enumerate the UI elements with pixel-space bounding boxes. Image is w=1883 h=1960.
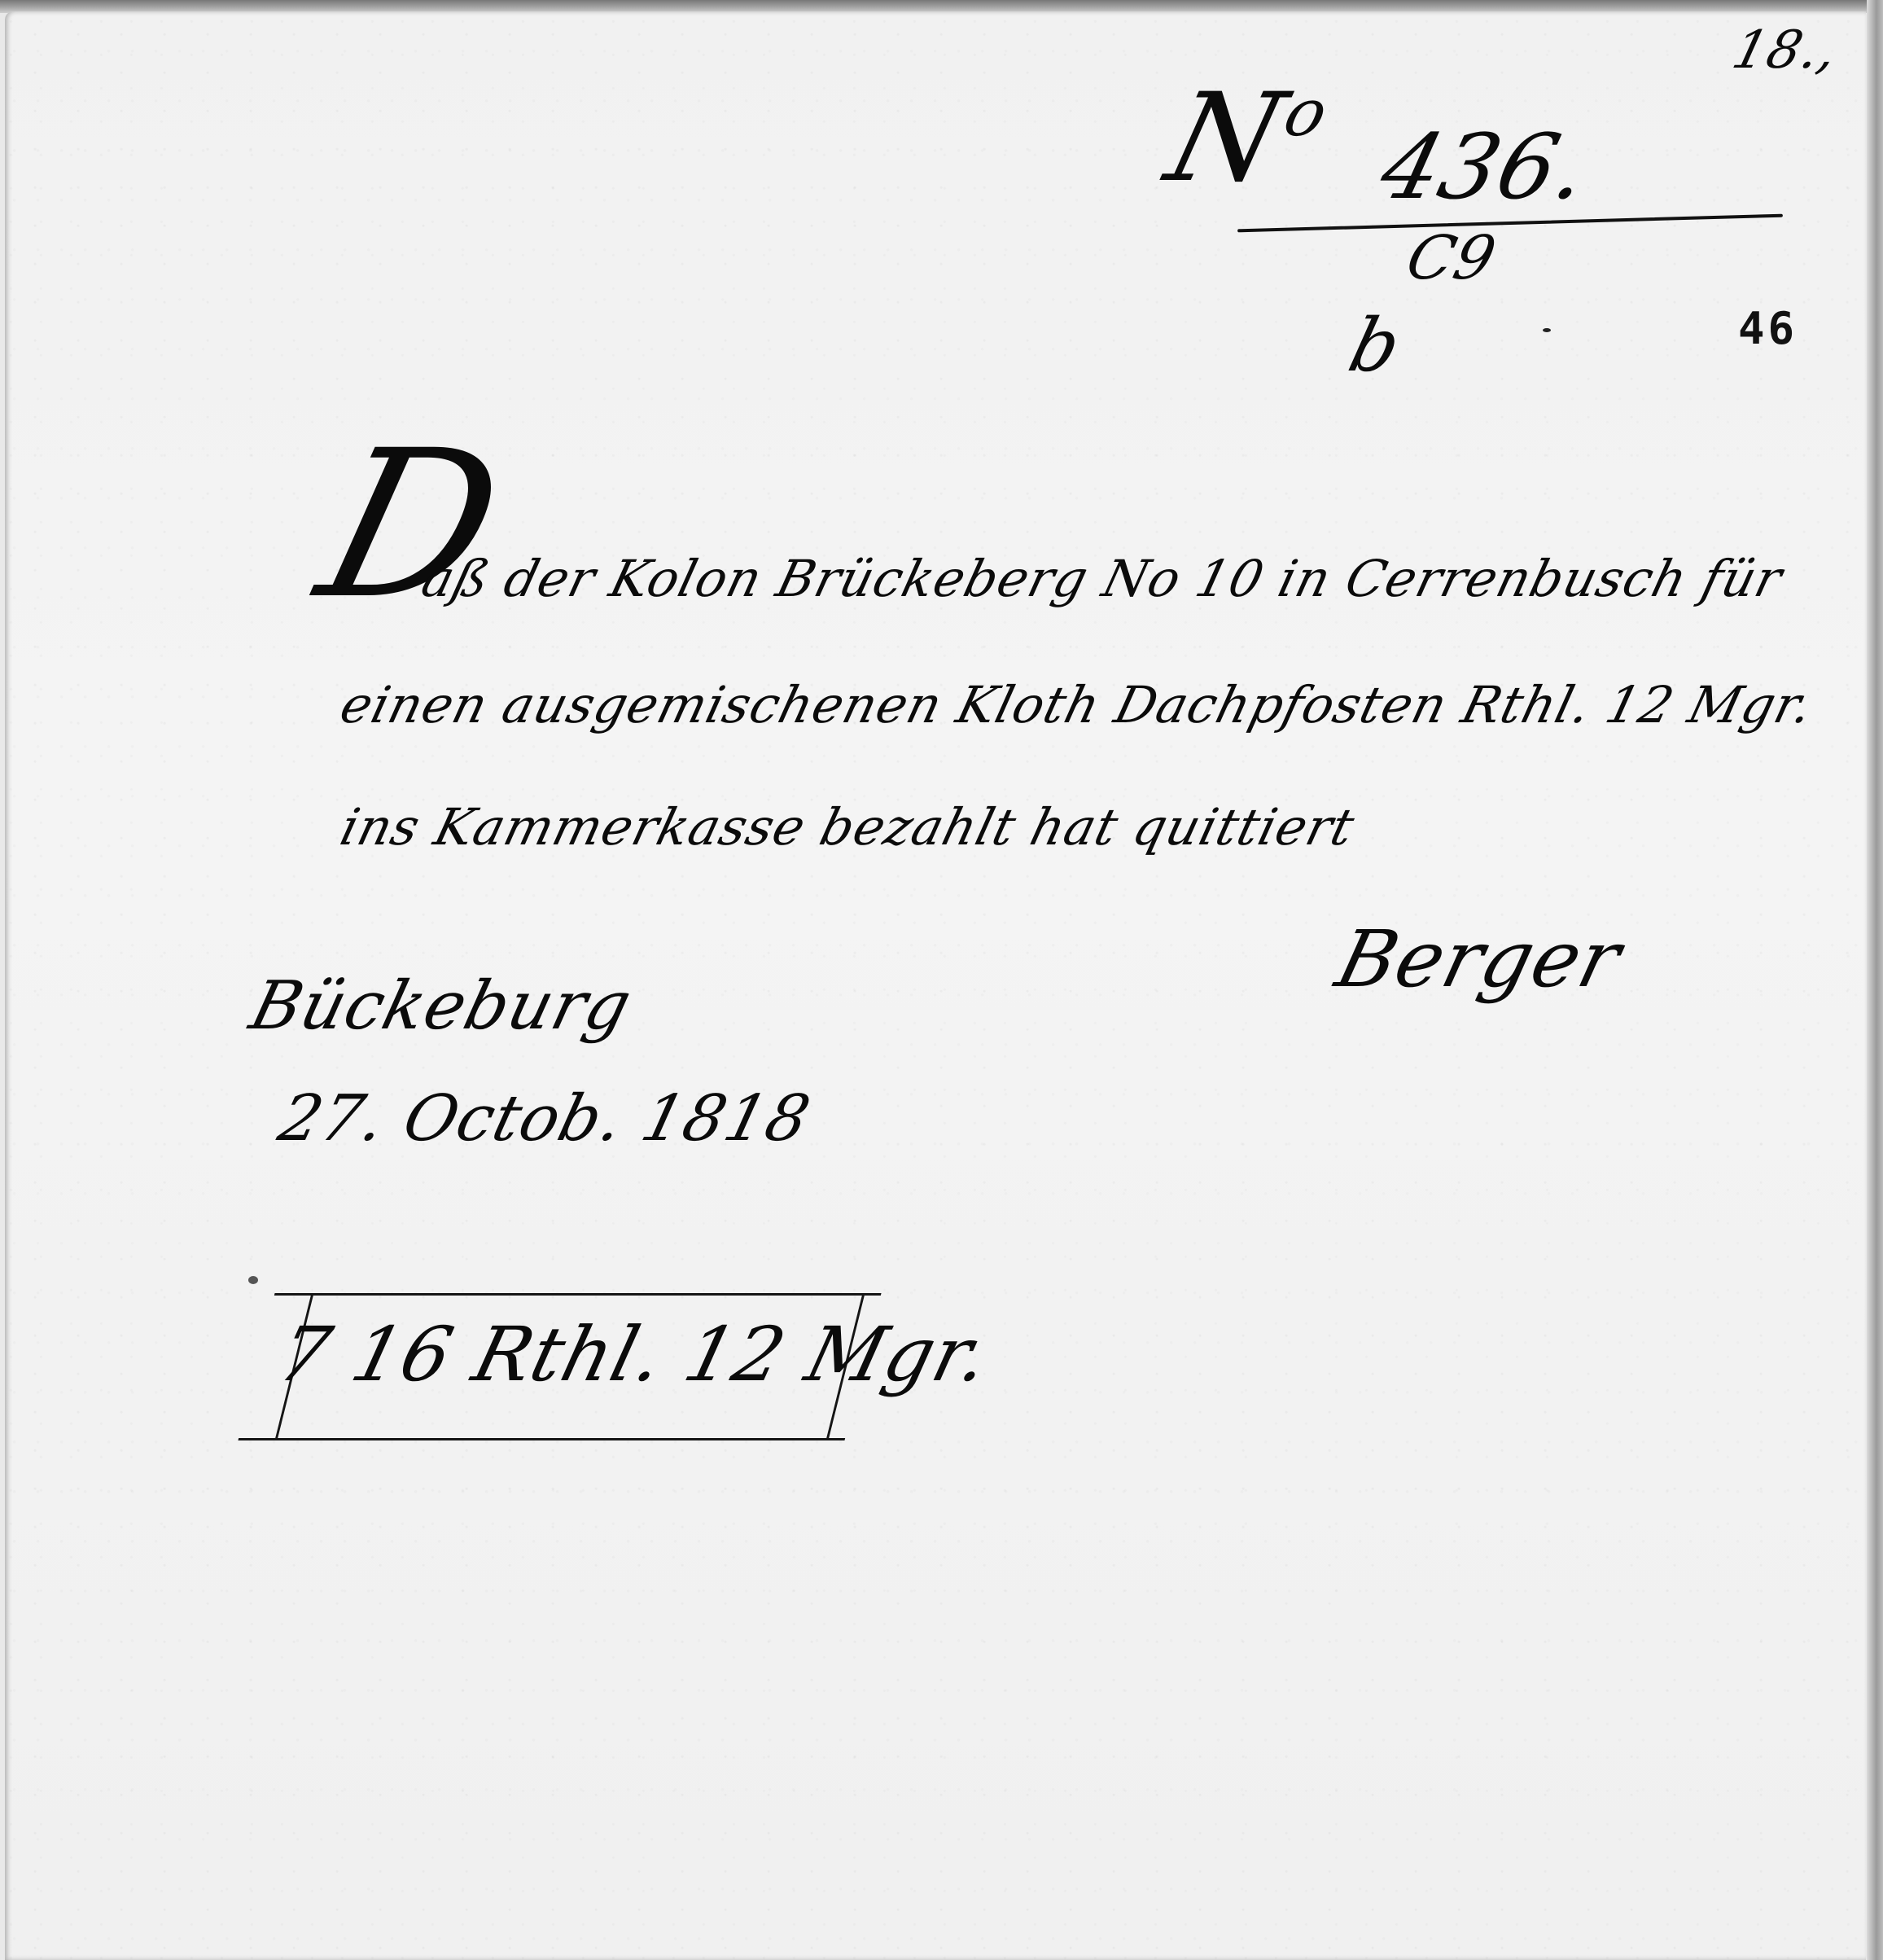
body-line-3: ins Kammerkasse bezahlt hat quittiert (335, 802, 1360, 853)
ink-fleck (1543, 328, 1551, 332)
signature: Berger (1329, 920, 1628, 998)
date: 27. Octob. 1818 (273, 1087, 816, 1151)
body-line-1: aß der Kolon Brückeberg No 10 in Cerrenb… (417, 554, 1787, 604)
number-prefix: No (1157, 77, 1335, 200)
corner-note: 18., (1728, 24, 1843, 77)
sub-mark-1: C9 (1401, 228, 1502, 288)
body-line-2: einen ausgemischenen Kloth Dachpfosten R… (335, 680, 1818, 730)
receipt-number: 436. (1373, 122, 1597, 212)
ink-fleck (248, 1276, 258, 1284)
page-right-edge (1867, 0, 1883, 1960)
place: Bückeburg (244, 973, 638, 1040)
stamped-folio-number: 46 (1738, 303, 1798, 354)
amount-text: 7 16 Rthl. 12 Mgr. (272, 1318, 997, 1392)
